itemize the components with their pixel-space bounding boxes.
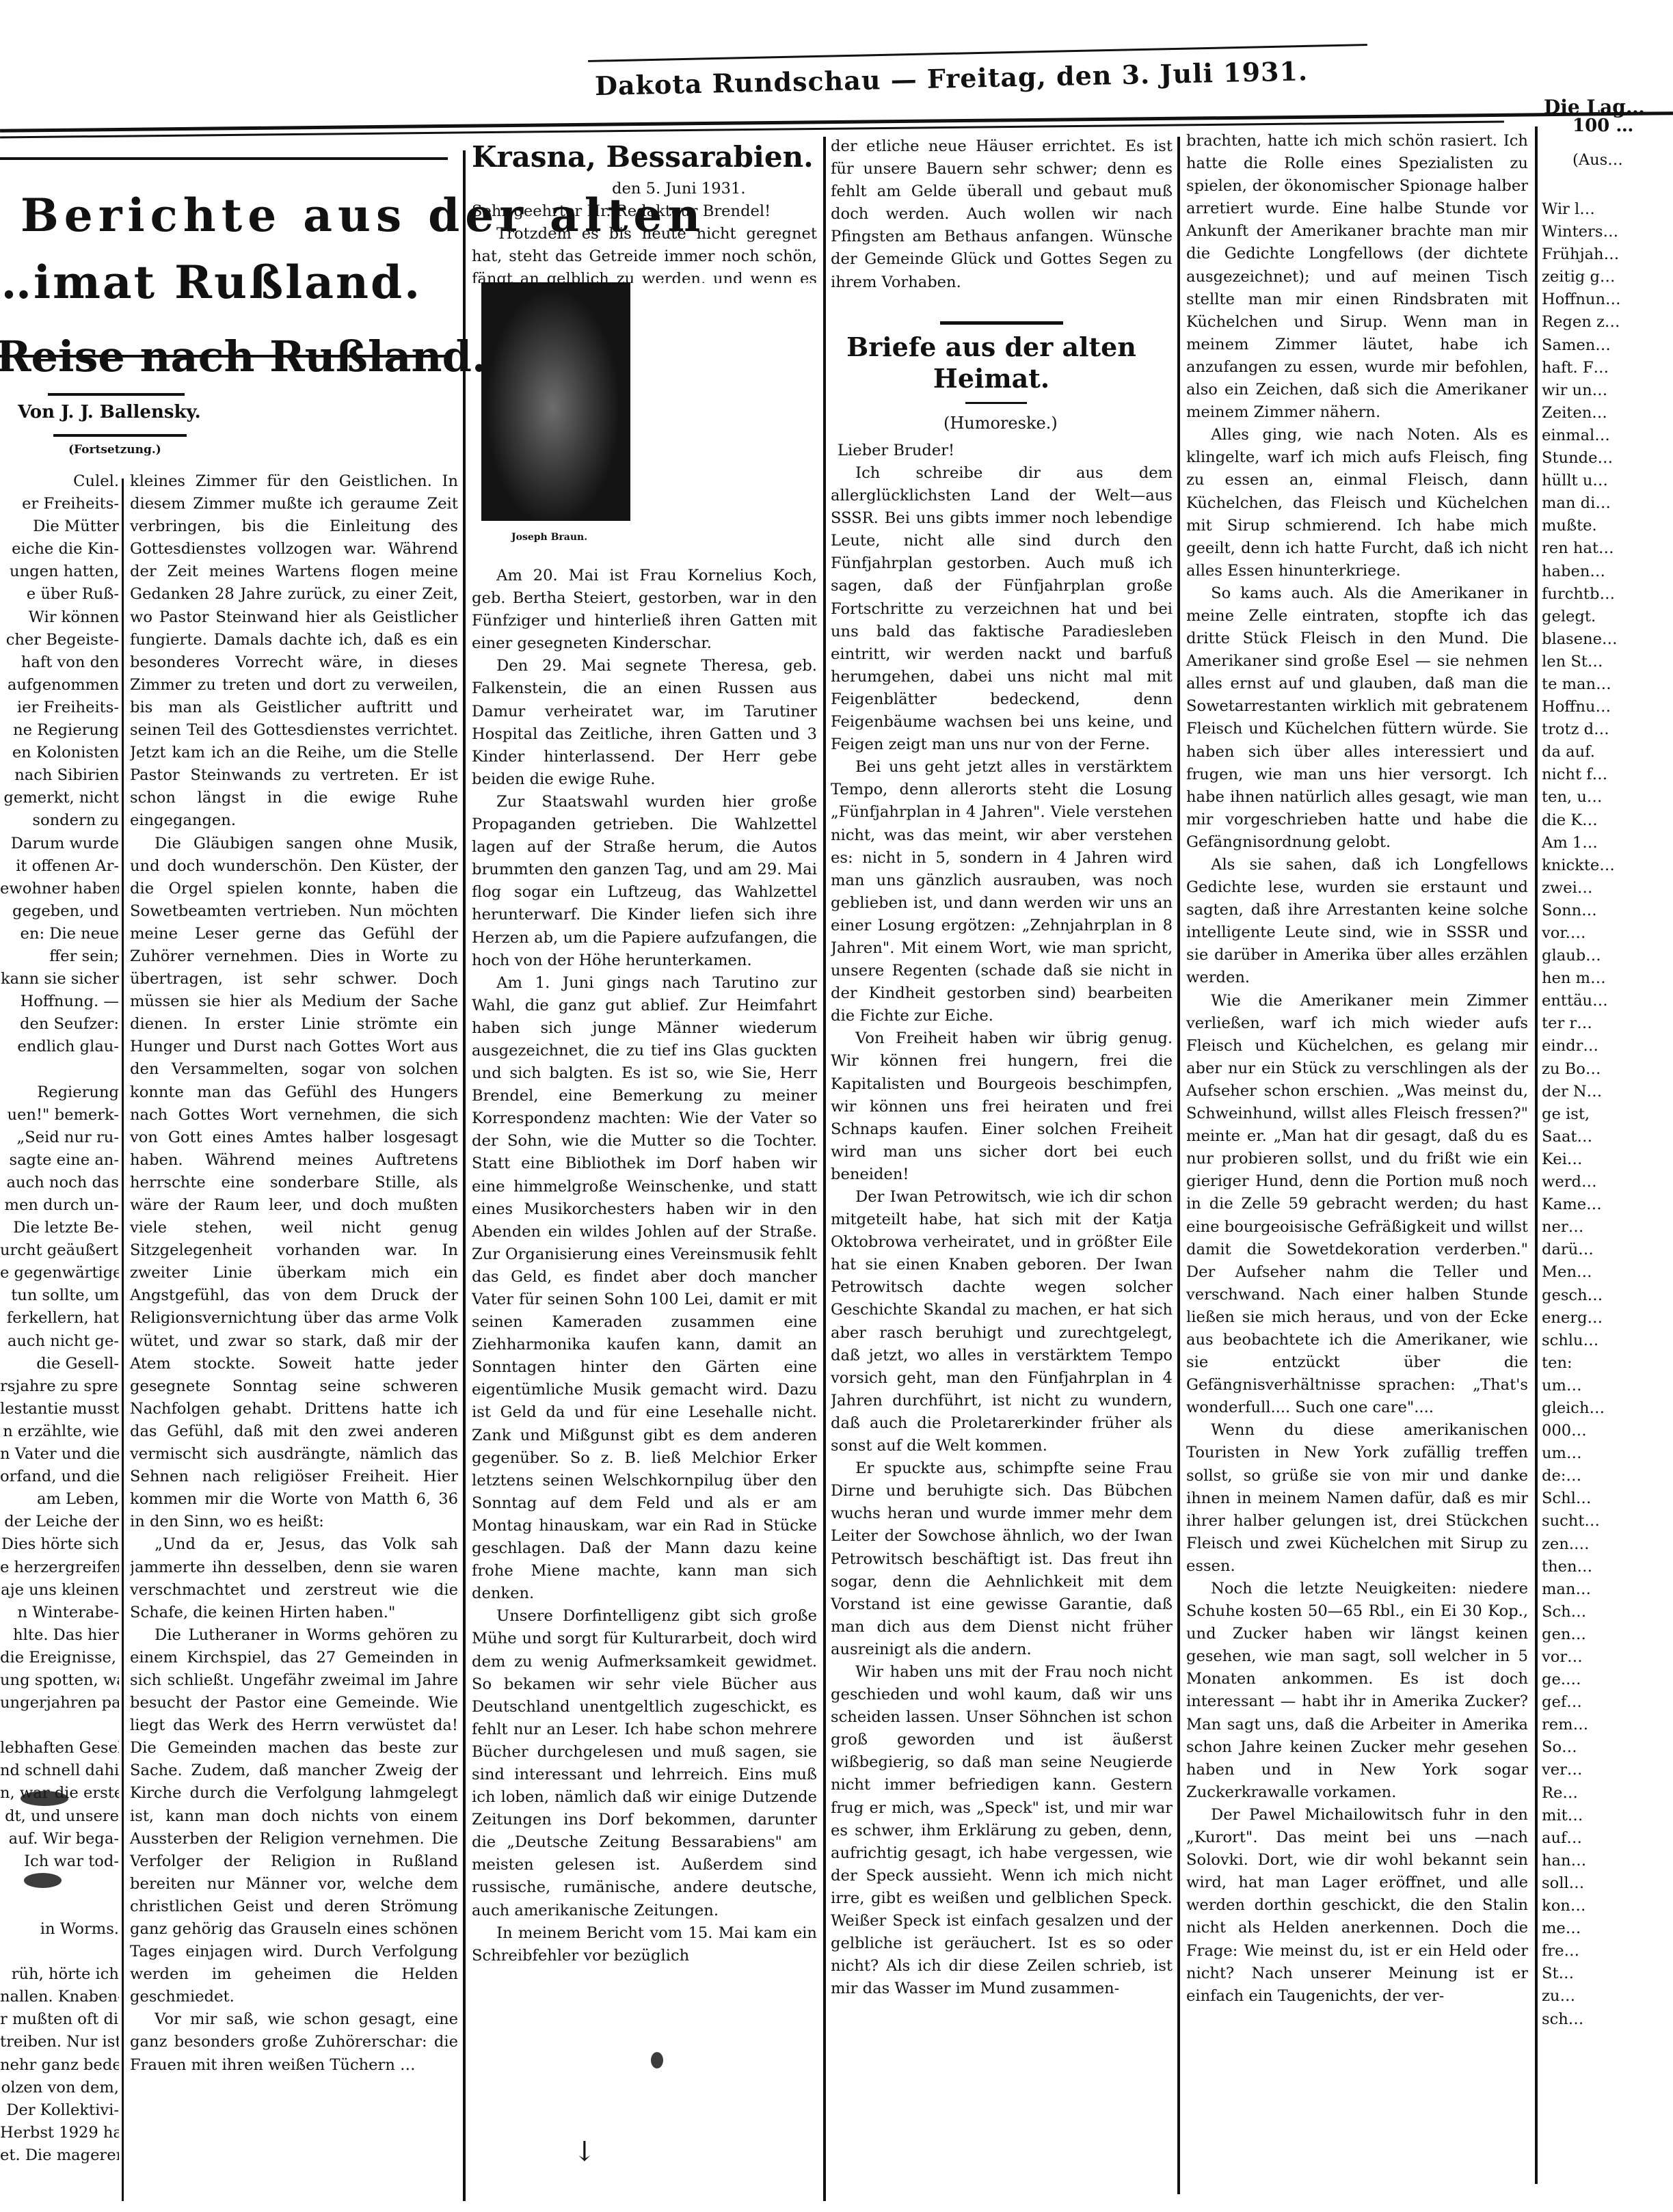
briefe-paragraph: Wie die Amerikaner mein Zimmer verließen… [1186, 990, 1528, 1420]
text-line-fragment: „Seid nur ru- [0, 1127, 119, 1149]
text-line-fragment: len St… [1542, 651, 1673, 673]
krasna-column: Am 20. Mai ist Frau Kornelius Koch, geb.… [472, 565, 817, 2198]
text-line-fragment: trotz d… [1542, 718, 1673, 741]
text-line-fragment: St… [1542, 1963, 1673, 1985]
reise-paragraph: kleines Zimmer für den Geistlichen. In d… [130, 470, 458, 833]
text-line-fragment: den Seufzer: [0, 1013, 119, 1036]
text-line-fragment: da auf. [1542, 741, 1673, 764]
briefe-column-1: Ich schreibe dir aus dem allerglücklichs… [831, 462, 1173, 2202]
text-line-fragment: man di… [1542, 492, 1673, 515]
text-line-fragment: e gegenwärtige [0, 1262, 119, 1284]
text-line-fragment: ten: [1542, 1352, 1673, 1375]
text-line-fragment: Die letzte Be- [0, 1217, 119, 1239]
text-line-fragment: ne Regierung [0, 719, 119, 742]
text-line-fragment: haft von den [0, 651, 119, 674]
text-line-fragment: then… [1542, 1556, 1673, 1578]
text-line-fragment: auch nicht ge- [0, 1330, 119, 1353]
text-line-fragment: wir un… [1542, 379, 1673, 402]
headline-briefe-aus-der-alten-heimat: Briefe aus der alten Heimat. [841, 332, 1142, 394]
text-line-fragment: Am 1… [1542, 832, 1673, 854]
text-line-fragment: ferkellern, hat [0, 1307, 119, 1330]
text-line-fragment: Stunde… [1542, 447, 1673, 470]
briefe-salutation: Lieber Bruder! [838, 440, 954, 462]
text-line-fragment: Sonn… [1542, 900, 1673, 922]
text-line-fragment: gef… [1542, 1691, 1673, 1714]
briefe-paragraph: Der Iwan Petrowitsch, wie ich dir schon … [831, 1186, 1173, 1457]
text-line-fragment: Sch… [1542, 1601, 1673, 1623]
text-line-fragment [0, 1941, 119, 1963]
text-line-fragment: Men… [1542, 1261, 1673, 1284]
text-line-fragment: ren hat… [1542, 537, 1673, 560]
briefe-paragraph: Noch die letzte Neuigkeiten: niedere Sch… [1186, 1578, 1528, 1804]
text-line-fragment: hlte. Das hier [0, 1624, 119, 1647]
text-line-fragment: ge ist, [1542, 1103, 1673, 1126]
photo-caption: Joseph Braun. [511, 532, 587, 543]
text-line-fragment: um… [1542, 1375, 1673, 1397]
briefe-column-2: brachten, hatte ich mich schön rasiert. … [1186, 130, 1528, 2194]
text-line-fragment: gegeben, und [0, 900, 119, 923]
text-line-fragment: rem… [1542, 1714, 1673, 1736]
text-line-fragment: Wir l… [1542, 198, 1673, 221]
text-line-fragment: schlu… [1542, 1330, 1673, 1352]
krasna-paragraph: Den 29. Mai segnete Theresa, geb. Falken… [472, 655, 817, 791]
text-line-fragment: in Worms. [0, 1918, 119, 1941]
text-line-fragment: Darum wurde [0, 833, 119, 855]
text-line-fragment: zeitig g… [1542, 266, 1673, 288]
text-line-fragment: ver… [1542, 1759, 1673, 1781]
reise-paragraph: Die Gläubigen sangen ohne Musik, und doc… [130, 833, 458, 1534]
briefe-paragraph: Alles ging, wie nach Noten. Als es kling… [1186, 424, 1528, 582]
text-line-fragment: auf. Wir bega- [0, 1828, 119, 1850]
text-line-fragment: Samen… [1542, 334, 1673, 357]
text-line-fragment: e über Ruß- [0, 583, 119, 606]
text-line-fragment: Culel. [0, 470, 119, 493]
text-line-fragment: blasene… [1542, 628, 1673, 651]
text-line-fragment: der N… [1542, 1081, 1673, 1103]
text-line-fragment: Hoffnu… [1542, 696, 1673, 718]
briefe-paragraph: Der Pawel Michailowitsch fuhr in den „Ku… [1186, 1804, 1528, 2008]
text-line-fragment: glaub… [1542, 945, 1673, 967]
text-line-fragment: werd… [1542, 1171, 1673, 1193]
section-title-box: Berichte aus der alten …imat Rußland. [0, 157, 448, 358]
portrait-photo [481, 282, 630, 521]
article-separator [940, 321, 1063, 325]
text-line-fragment: en: Die neue [0, 923, 119, 945]
text-line-fragment: energ… [1542, 1307, 1673, 1330]
reise-left-column-fragments: Culel.er Freiheits-Die Müttereiche die K… [0, 470, 119, 2193]
text-line-fragment: hüllt u… [1542, 470, 1673, 492]
text-line-fragment: ter r… [1542, 1012, 1673, 1035]
ink-blot [21, 1791, 68, 1806]
section-title-line2: …imat Rußland. [0, 256, 422, 309]
krasna-continued-paragraph: der etliche neue Häuser errichtet. Es is… [831, 135, 1173, 294]
krasna-paragraph: Unsere Dorfintelligenz gibt sich große M… [472, 1605, 817, 1921]
headline-krasna-bessarabien: Krasna, Bessarabien. [472, 140, 814, 174]
text-line-fragment: r mußten oft die [0, 2008, 119, 2031]
text-line-fragment: zen.… [1542, 1533, 1673, 1556]
text-line-fragment: rüh, hörte ich [0, 1963, 119, 1986]
text-line-fragment: der Leiche der [0, 1511, 119, 1533]
text-line-fragment: die Ereignisse, die [0, 1647, 119, 1669]
text-line-fragment: hen m… [1542, 967, 1673, 990]
briefe-paragraph: Von Freiheit haben wir übrig genug. Wir … [831, 1027, 1173, 1186]
text-line-fragment: Regierung [0, 1081, 119, 1104]
text-line-fragment: vor… [1542, 1646, 1673, 1669]
text-line-fragment: nehr ganz bedeu- [0, 2054, 119, 2077]
text-line-fragment: zu Bo… [1542, 1058, 1673, 1081]
text-line-fragment: gleich… [1542, 1397, 1673, 1420]
text-line-fragment: darü… [1542, 1239, 1673, 1261]
text-line-fragment [0, 1714, 119, 1737]
krasna-paragraph: In meinem Bericht vom 15. Mai kam ein Sc… [472, 1922, 817, 1967]
text-line-fragment: ungen hatten, [0, 561, 119, 583]
text-line-fragment: So… [1542, 1736, 1673, 1759]
text-line-fragment: Frühjah… [1542, 243, 1673, 266]
text-line-fragment: Wir können [0, 606, 119, 629]
text-line-fragment: er Freiheits- [0, 493, 119, 515]
text-line-fragment: die K… [1542, 809, 1673, 832]
arrow-down-mark: ↓ [573, 2136, 596, 2168]
text-line-fragment: gesch… [1542, 1284, 1673, 1307]
right-headline-line2: 100 … [1572, 115, 1633, 137]
text-line-fragment: lebhaften Gesell- [0, 1737, 119, 1759]
text-line-fragment: e herzergreifend [0, 1556, 119, 1579]
text-line-fragment: olzen von dem, [0, 2077, 119, 2099]
krasna-dateline: den 5. Juni 1931. [612, 178, 746, 200]
text-line-fragment: nallen. Knaben- [0, 1986, 119, 2008]
krasna-paragraph: Zur Staatswahl wurden hier große Propaga… [472, 791, 817, 972]
krasna-paragraph: Am 1. Juni gings nach Tarutino zur Wahl,… [472, 972, 817, 1606]
text-line-fragment: nicht f… [1542, 764, 1673, 786]
text-line-fragment: ner… [1542, 1216, 1673, 1239]
text-line-fragment: lestantie mussten [0, 1398, 119, 1420]
text-line-fragment: cher Begeiste- [0, 629, 119, 651]
text-line-fragment: ungerjahren pas- [0, 1692, 119, 1714]
reise-paragraph: Vor mir saß, wie schon gesagt, eine ganz… [130, 2008, 458, 2076]
headline-reise-nach-russland: Reise nach Rußland. [0, 332, 487, 381]
text-line-fragment: mußte. [1542, 515, 1673, 537]
text-line-fragment: Der Kollektivi- [0, 2099, 119, 2122]
text-line-fragment: Winters… [1542, 221, 1673, 243]
text-line-fragment: it offenen Ar- [0, 855, 119, 878]
text-line-fragment: dt, und unsere [0, 1805, 119, 1828]
reise-paragraph: „Und da er, Jesus, das Volk sah jammerte… [130, 1533, 458, 1623]
text-line-fragment: Regen z… [1542, 311, 1673, 334]
text-line-fragment: kon… [1542, 1895, 1673, 1917]
column-divider-1 [122, 478, 124, 2201]
text-line-fragment: n Winterabe- [0, 1602, 119, 1624]
text-line-fragment: orfand, und die [0, 1466, 119, 1488]
masthead: Dakota Rundschau — Freitag, den 3. Juli … [595, 55, 1320, 105]
column-divider-2 [463, 150, 466, 2201]
text-line-fragment: ewohner haben [0, 878, 119, 900]
krasna-continued: der etliche neue Häuser errichtet. Es is… [831, 135, 1173, 320]
briefe-subtitle: (Humoreske.) [943, 414, 1058, 433]
text-line-fragment: endlich glau- [0, 1036, 119, 1058]
text-line-fragment: nd schnell dahin. [0, 1759, 119, 1782]
text-line-fragment: Herbst 1929 hat [0, 2122, 119, 2144]
text-line-fragment: aje uns kleinen [0, 1579, 119, 1602]
text-line-fragment: man… [1542, 1578, 1673, 1601]
ink-blot [651, 2052, 663, 2068]
krasna-paragraph: Am 20. Mai ist Frau Kornelius Koch, geb.… [472, 565, 817, 655]
text-line-fragment: et. Die mageren [0, 2144, 119, 2167]
right-subtitle: (Aus… [1572, 149, 1623, 172]
text-line-fragment: de:… [1542, 1465, 1673, 1487]
text-line-fragment: Kei… [1542, 1148, 1673, 1171]
text-line-fragment: n Vater und die [0, 1443, 119, 1466]
text-line-fragment: te man… [1542, 673, 1673, 696]
text-line-fragment: vor.… [1542, 922, 1673, 945]
text-line-fragment: gemerkt, nicht [0, 787, 119, 809]
text-line-fragment: n erzählte, wie [0, 1420, 119, 1443]
byline-rule-bottom [53, 434, 187, 437]
text-line-fragment: tun sollte, um [0, 1284, 119, 1307]
text-line-fragment: soll… [1542, 1872, 1673, 1895]
briefe-paragraph: Als sie sahen, daß ich Longfellows Gedic… [1186, 854, 1528, 990]
text-line-fragment: urcht geäußert. [0, 1239, 119, 1262]
text-line-fragment: gen… [1542, 1623, 1673, 1646]
briefe-paragraph: Ich schreibe dir aus dem allerglücklichs… [831, 462, 1173, 756]
text-line-fragment: haft. F… [1542, 357, 1673, 379]
text-line-fragment: ier Freiheits- [0, 697, 119, 719]
briefe-paragraph: brachten, hatte ich mich schön rasiert. … [1186, 130, 1528, 424]
text-line-fragment: einmal… [1542, 424, 1673, 447]
text-line-fragment: en Kolonisten [0, 742, 119, 764]
text-line-fragment: gelegt. [1542, 606, 1673, 628]
briefe-paragraph: Er spuckte aus, schimpfte seine Frau Dir… [831, 1457, 1173, 1661]
briefe-rule [965, 402, 1027, 404]
text-line-fragment: uen!" bemerk- [0, 1104, 119, 1127]
krasna-salutation: Sehr geehrter Hr. Redakteur Brendel! [472, 200, 771, 223]
text-line-fragment: Hoffnung. — [0, 990, 119, 1013]
column-divider-3 [823, 137, 826, 2201]
text-line-fragment: Ich war tod- [0, 1850, 119, 1873]
text-line-fragment: ung spotten, was [0, 1669, 119, 1692]
text-line-fragment: Hoffnun… [1542, 288, 1673, 311]
text-line-fragment: ten, u… [1542, 786, 1673, 809]
text-line-fragment [0, 1873, 119, 1896]
text-line-fragment: ffer sein; [0, 945, 119, 968]
text-line-fragment: am Leben, [0, 1488, 119, 1511]
byline: Von J. J. Ballensky. [18, 402, 201, 422]
briefe-paragraph: Wir haben uns mit der Frau noch nicht ge… [831, 1661, 1173, 2000]
right-column-fragments: Wir l…Winters…Frühjah…zeitig g…Hoffnun…R… [1542, 198, 1673, 2194]
text-line-fragment: Kame… [1542, 1193, 1673, 1216]
text-line-fragment: auch noch das [0, 1172, 119, 1194]
text-line-fragment: me… [1542, 1917, 1673, 1940]
text-line-fragment: enttäu… [1542, 990, 1673, 1012]
text-line-fragment: auf… [1542, 1827, 1673, 1850]
text-line-fragment: ge.… [1542, 1669, 1673, 1691]
text-line-fragment: furchtb… [1542, 583, 1673, 606]
text-line-fragment: Schl… [1542, 1487, 1673, 1510]
text-line-fragment: um… [1542, 1442, 1673, 1465]
text-line-fragment: knickte… [1542, 854, 1673, 877]
text-line-fragment: eiche die Kin- [0, 538, 119, 561]
text-line-fragment [0, 1896, 119, 1918]
text-line-fragment: die Gesell- [0, 1353, 119, 1375]
text-line-fragment: mit… [1542, 1805, 1673, 1827]
column-divider-5 [1535, 126, 1538, 2184]
briefe-paragraph: Wenn du diese amerikanischen Touristen i… [1186, 1419, 1528, 1578]
text-line-fragment: han… [1542, 1850, 1673, 1872]
text-line-fragment: aufgenommen [0, 674, 119, 697]
text-line-fragment: sondern zu [0, 809, 119, 832]
column-divider-4 [1177, 137, 1180, 2194]
text-line-fragment: rsjahre zu spre- [0, 1375, 119, 1398]
reise-paragraph: Die Lutheraner in Worms gehören zu einem… [130, 1624, 458, 2009]
text-line-fragment: Re… [1542, 1782, 1673, 1805]
text-line-fragment: 000… [1542, 1420, 1673, 1442]
text-line-fragment: treiben. Nur ist [0, 2031, 119, 2053]
continuation-note: (Fortsetzung.) [68, 443, 161, 457]
text-line-fragment: fre… [1542, 1940, 1673, 1963]
text-line-fragment: men durch un- [0, 1194, 119, 1217]
ink-blot [24, 1873, 62, 1888]
text-line-fragment: nach Sibirien [0, 764, 119, 787]
text-line-fragment [0, 1058, 119, 1081]
text-line-fragment: Dies hörte sich [0, 1533, 119, 1556]
text-line-fragment: sagte eine an- [0, 1149, 119, 1172]
krasna-column-beside-photo [636, 268, 817, 562]
briefe-paragraph: Bei uns geht jetzt alles in verstärktem … [831, 756, 1173, 1027]
text-line-fragment: kann sie sicher [0, 968, 119, 990]
text-line-fragment: eindr… [1542, 1035, 1673, 1057]
reise-main-column: kleines Zimmer für den Geistlichen. In d… [130, 470, 458, 2193]
text-line-fragment: Zeiten… [1542, 402, 1673, 424]
briefe-paragraph: So kams auch. Als die Amerikaner in mein… [1186, 582, 1528, 854]
byline-rule-top [48, 393, 185, 396]
text-line-fragment: haben… [1542, 561, 1673, 583]
text-line-fragment: sch… [1542, 2008, 1673, 2031]
text-line-fragment: sucht… [1542, 1510, 1673, 1533]
text-line-fragment: Saat… [1542, 1126, 1673, 1148]
text-line-fragment: zu… [1542, 1985, 1673, 2008]
text-line-fragment: zwei… [1542, 877, 1673, 900]
text-line-fragment: Die Mütter [0, 515, 119, 538]
